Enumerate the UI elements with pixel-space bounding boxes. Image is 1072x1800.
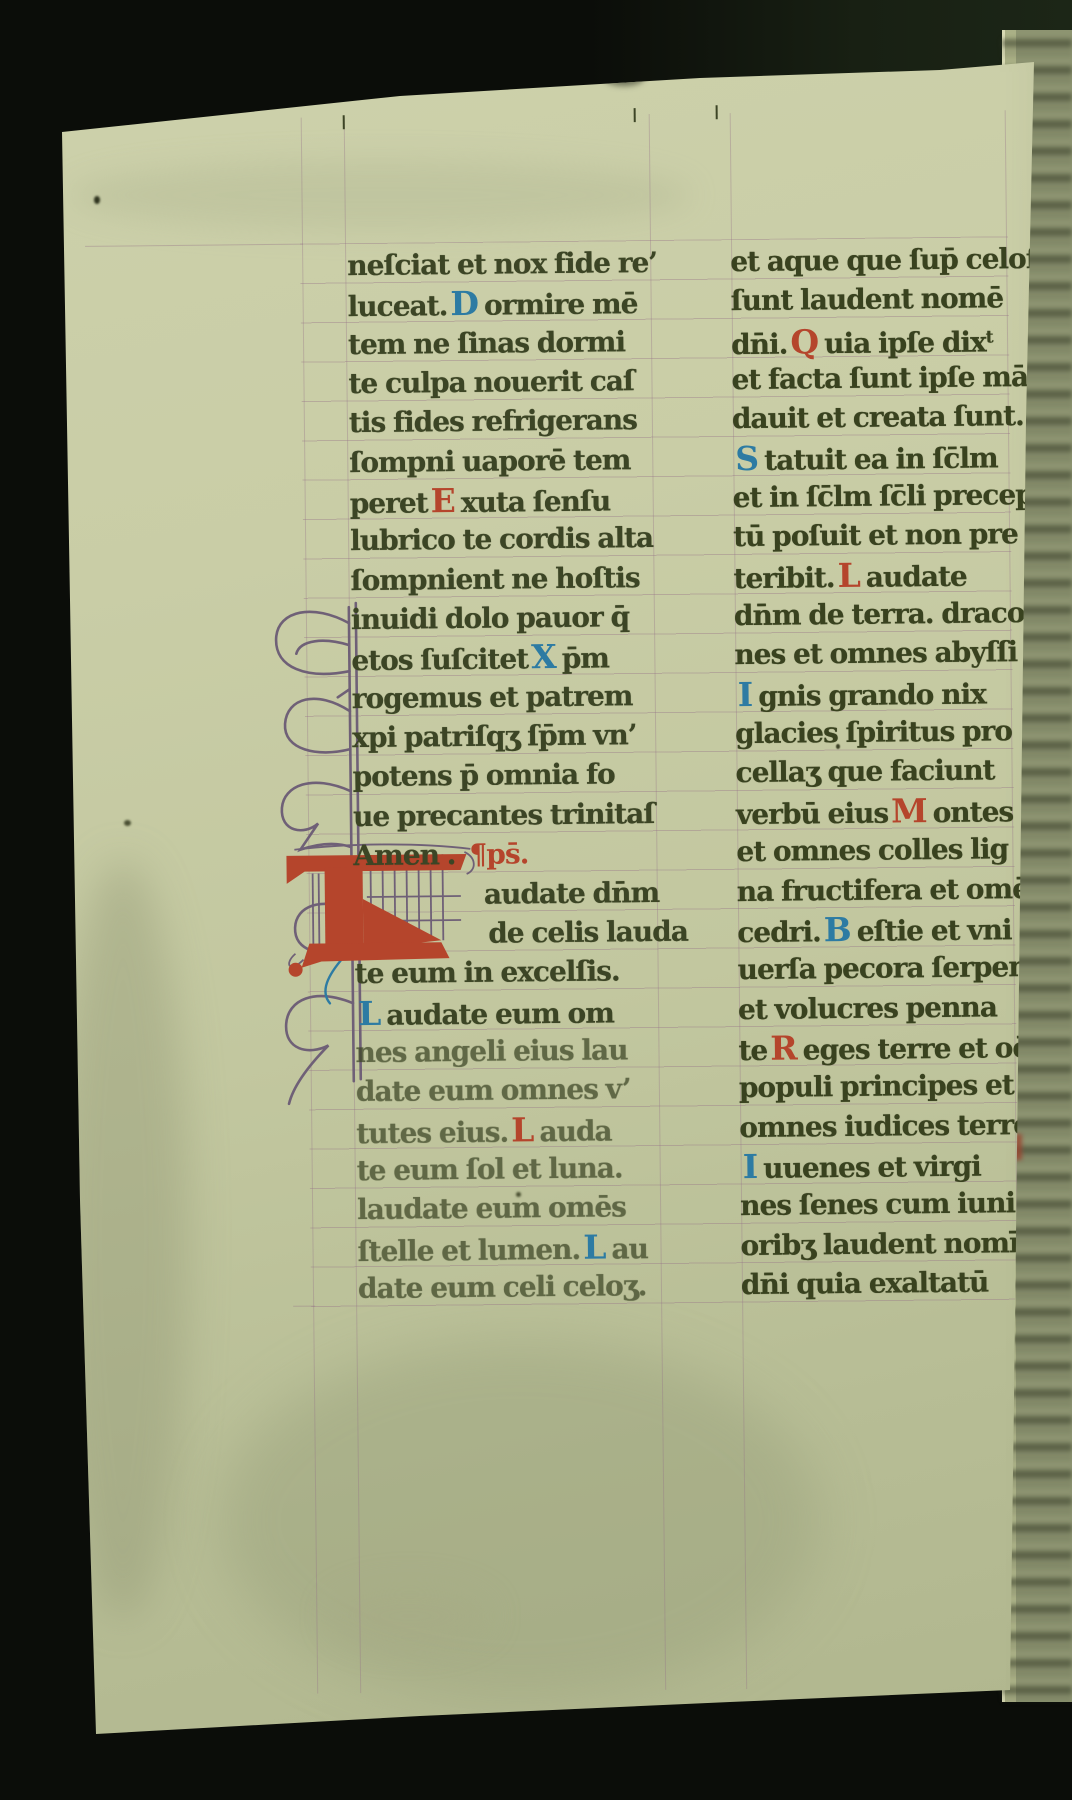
text-line: cedri.Beſtie et vni	[737, 908, 1048, 951]
text-line: tū poſuit et non pre	[733, 514, 1044, 557]
text-line: verbū eiusMontes	[736, 790, 1047, 833]
text-run: ſompni uaporē tem	[349, 443, 630, 479]
text-line: peretExuta ſenſu	[350, 479, 684, 522]
text-run: luceat.	[348, 289, 448, 323]
text-line: omnes iudices terre	[739, 1104, 1050, 1147]
text-column-right: et aque que ſup̄ celoſſunt laudent nomēd…	[730, 239, 1052, 1304]
text-line: dn̄i.Quia ipſe dixt	[731, 318, 1042, 361]
illuminated-initial: L	[511, 1110, 534, 1149]
text-line: nes angeli eius lau	[355, 1030, 689, 1073]
text-run: te eum ſol et luna.	[357, 1151, 623, 1187]
illuminated-initial: Q	[790, 322, 818, 361]
text-run: inuidi dolo pauor q̄	[351, 600, 629, 636]
text-run: neſciat et nox fide re’	[347, 246, 657, 282]
illuminated-initial: L	[837, 556, 860, 595]
text-run: et facta ſunt ipſe mā	[731, 360, 1028, 396]
illuminated-initial: R	[770, 1028, 797, 1067]
text-run: uuenes et virgi	[763, 1149, 981, 1184]
text-line: dn̄i quia exaltatū	[741, 1262, 1052, 1305]
text-run: te	[738, 1034, 767, 1067]
illuminated-initial: X	[531, 637, 556, 676]
text-run: et in ſc̄lm ſc̄li precep	[733, 478, 1034, 514]
text-run: oribʒ laudent nomī	[740, 1226, 1018, 1262]
text-run: glacies ſpiritus pro	[735, 714, 1012, 750]
text-run: rogemus et patrem	[352, 679, 633, 715]
illuminated-initial: S	[735, 439, 758, 478]
text-line: te eum in excelſis.	[354, 951, 688, 994]
text-run: verbū eius	[736, 796, 888, 831]
text-line: cellaʒ que faciunt	[735, 750, 1046, 793]
illuminated-initial: I	[743, 1147, 758, 1186]
text-run: ormire mē	[484, 287, 638, 322]
text-line: tis fides refrigerans	[349, 400, 683, 443]
illuminated-initial: M	[891, 791, 927, 830]
text-run: xuta ſenſu	[461, 484, 611, 519]
text-run: audate eum om	[386, 996, 614, 1031]
text-line: date eum celi celoʒ.	[358, 1266, 692, 1309]
text-line: uerſa pecora ſerpent’	[737, 947, 1048, 990]
ruling-horizontal-extended	[85, 244, 303, 247]
text-column-left: neſciat et nox fide re’luceat.Dormire mē…	[347, 243, 692, 1309]
text-line: ſunt laudent nomē	[730, 278, 1041, 321]
text-line: Amen .¶ps̄.	[353, 833, 687, 876]
text-line: populi principes et	[739, 1065, 1050, 1108]
text-line: audate dn̄m	[354, 872, 688, 915]
text-run: date eum celi celoʒ.	[358, 1269, 647, 1305]
text-line: nes ſenes cum iuni	[740, 1183, 1051, 1226]
text-run: etos ſuſcitet	[351, 643, 528, 678]
text-run: audate dn̄m	[484, 875, 660, 910]
text-line: na fructifera et omēſ	[737, 868, 1048, 911]
illuminated-initial: D	[450, 284, 478, 323]
text-run: eſtie et vni	[857, 913, 1012, 948]
text-run: gnis grando nix	[758, 677, 986, 712]
text-run: et volucres penna	[738, 990, 997, 1026]
text-run: tū poſuit et non pre	[733, 518, 1018, 554]
text-line: tem ne ſinas dormi	[348, 321, 682, 364]
illuminated-initial: I	[738, 675, 753, 714]
text-run: uia ipſe dix	[824, 325, 986, 360]
text-line: ſtelle et lumen.Lau	[357, 1226, 691, 1269]
text-line: et in ſc̄lm ſc̄li precep	[732, 475, 1043, 518]
text-run: nes ſenes cum iuni	[740, 1186, 1015, 1222]
text-run: Amen .	[353, 838, 455, 872]
text-run: dauit et creata ſunt.	[732, 399, 1024, 435]
text-line: luceat.Dormire mē	[347, 282, 681, 325]
text-line: neſciat et nox fide re’	[347, 243, 681, 286]
illuminated-initial: L	[358, 993, 381, 1032]
text-line: et volucres penna	[738, 986, 1049, 1029]
text-line: tutes eius.Lauda	[356, 1108, 690, 1151]
text-line: ſompnient ne hoſtis	[350, 557, 684, 600]
text-line: dn̄m de terra. draco	[734, 593, 1045, 636]
text-run: t	[986, 327, 994, 347]
text-run: cellaʒ que faciunt	[735, 754, 994, 790]
text-line: oribʒ laudent nomī	[740, 1222, 1051, 1265]
text-run: na fructifera et omēſ	[737, 871, 1041, 907]
text-line: de celis lauda	[354, 911, 688, 954]
manuscript-page: neſciat et nox fide re’luceat.Dormire mē…	[0, 0, 1072, 1800]
text-line: ue precantes trinitaſ	[353, 793, 687, 836]
text-run: tatuit ea in ſc̄lm	[764, 441, 998, 476]
text-run: nes angeli eius lau	[355, 1033, 627, 1069]
text-run: ſunt laudent nomē	[730, 282, 1003, 318]
illuminated-initial: E	[430, 481, 455, 520]
text-line: rogemus et patrem	[352, 675, 686, 718]
text-run: teribit.	[733, 561, 834, 595]
text-run: dn̄i.	[731, 327, 788, 361]
text-line: et aque que ſup̄ celoſ	[730, 239, 1041, 282]
text-run: potens p̄ omnia fo	[352, 758, 614, 794]
text-run: ſompnient ne hoſtis	[350, 561, 639, 597]
text-line: Laudate eum om	[355, 990, 689, 1033]
text-run: te culpa nouerit caſ	[348, 364, 634, 400]
text-run: tis fides refrigerans	[349, 404, 637, 440]
text-run: populi principes et	[739, 1068, 1014, 1104]
text-run: au	[611, 1232, 648, 1265]
text-run: eges terre et oēs	[803, 1031, 1045, 1067]
text-run: xpi patriſqʒ ſp̄m vn’	[352, 718, 637, 754]
text-run: tutes eius.	[356, 1115, 508, 1150]
text-run: ontes	[932, 795, 1013, 829]
text-run: te eum in excelſis.	[354, 955, 619, 991]
text-run: et aque que ſup̄ celoſ	[730, 242, 1037, 278]
text-run: nes et omnes abyſſi	[734, 636, 1017, 672]
photo-backdrop: Photograph of an illuminated manuscript …	[0, 0, 1072, 1800]
text-line: et facta ſunt ipſe mā	[731, 357, 1042, 400]
text-line: Ignis grando nix	[735, 672, 1046, 715]
text-run: auda	[539, 1114, 612, 1148]
text-line: teReges terre et oēs	[738, 1026, 1049, 1069]
text-run: lubrico te cordis alta	[350, 521, 653, 557]
text-line: date eum omnes v’	[356, 1069, 690, 1112]
text-run: cedri.	[737, 915, 821, 949]
ruling-tick	[634, 108, 636, 122]
text-line: glacies ſpiritus pro	[735, 711, 1046, 754]
text-run: audate	[866, 559, 967, 593]
text-run: omnes iudices terre	[739, 1108, 1030, 1144]
text-line: inuidi dolo pauor q̄	[351, 597, 685, 640]
text-line: nes et omnes abyſſi	[734, 632, 1045, 675]
text-line: te culpa nouerit caſ	[348, 361, 682, 404]
ruling-tick	[716, 105, 718, 119]
ruling-tick	[343, 115, 345, 129]
text-run: dn̄m de terra. draco	[734, 596, 1025, 632]
text-run: ue precantes trinitaſ	[353, 797, 655, 833]
text-run: tem ne ſinas dormi	[348, 325, 625, 361]
text-run: ſtelle et lumen.	[357, 1232, 580, 1267]
rubric-label: ¶ps̄.	[469, 837, 528, 871]
text-run: de celis lauda	[488, 914, 688, 949]
text-line: teribit.Laudate	[733, 554, 1044, 597]
illuminated-initial: L	[583, 1227, 606, 1266]
text-line: Iuuenes et virgi	[740, 1144, 1051, 1187]
text-line: dauit et creata ſunt.	[732, 396, 1043, 439]
text-line: laudate eum omēs	[357, 1187, 691, 1230]
text-run: dn̄i quia exaltatū	[741, 1265, 989, 1301]
text-line: xpi patriſqʒ ſp̄m vn’	[352, 715, 686, 758]
text-line: et omnes colles lig	[736, 829, 1047, 872]
text-run: p̄m	[562, 642, 610, 675]
text-line: Statuit ea in ſc̄lm	[732, 436, 1043, 479]
text-line: potens p̄ omnia fo	[352, 754, 686, 797]
text-line: etos ſuſcitetXp̄m	[351, 636, 685, 679]
text-run: peret	[350, 486, 428, 520]
text-run: et omnes colles lig	[736, 832, 1008, 868]
text-line: lubrico te cordis alta	[350, 518, 684, 561]
text-run: uerſa pecora ſerpent’	[737, 950, 1048, 986]
illuminated-initial: B	[824, 910, 851, 949]
text-line: ſompni uaporē tem	[349, 439, 683, 482]
text-run: date eum omnes v’	[356, 1072, 631, 1108]
text-line: te eum ſol et luna.	[357, 1148, 691, 1191]
ruled-writing-area: neſciat et nox fide re’luceat.Dormire mē…	[0, 0, 1072, 1800]
text-run: laudate eum omēs	[357, 1191, 626, 1227]
